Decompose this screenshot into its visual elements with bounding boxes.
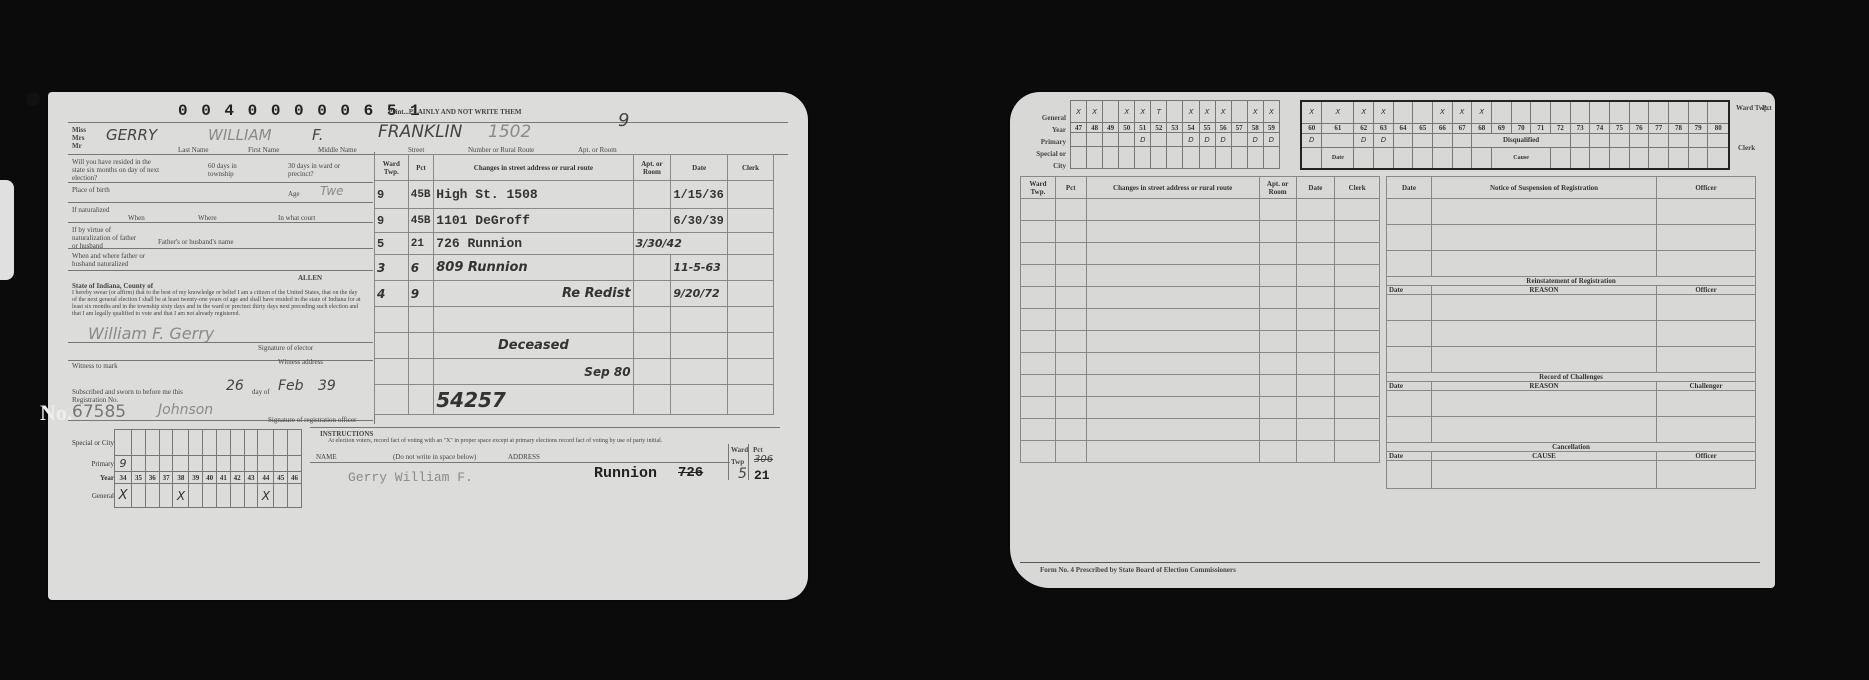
where-label: Where	[198, 214, 217, 222]
bottom-address-number: 726	[678, 465, 703, 481]
number-prefix: No.	[40, 400, 72, 426]
col-apt-header: Apt. or Room	[633, 155, 671, 181]
signature-elector-label: Signature of elector	[258, 344, 313, 352]
top-instruction: Print...PLAINLY AND NOT WRITE THEM	[388, 108, 521, 116]
adjacent-card-edge	[0, 180, 14, 280]
reinstatement-title: Reinstatement of Registration	[1387, 277, 1756, 286]
street-value: FRANKLIN	[378, 122, 462, 142]
registration-card-front: 0 0 4 0 0 0 0 0 6 5 1 Print...PLAINLY AN…	[48, 92, 808, 600]
punch-hole	[26, 92, 40, 106]
place-of-birth-label: Place of birth	[72, 186, 112, 194]
name-col-label: NAME	[316, 453, 337, 461]
apt-label: Apt. or Room	[578, 146, 617, 154]
bottom-address: Runnion	[594, 465, 657, 482]
ward-question: 30 days in ward or precinct?	[288, 162, 358, 178]
naturalized-label: If naturalized	[72, 206, 112, 214]
table-row: 54257	[375, 385, 774, 415]
month-value: Feb	[278, 378, 304, 394]
col-pct-header: Pct	[408, 155, 434, 181]
suspension-table: Date Notice of Suspension of Registratio…	[1386, 176, 1756, 489]
number-value: 1502	[488, 122, 531, 142]
number-label: Number or Rural Route	[468, 146, 534, 154]
elector-signature: William F. Gerry	[88, 324, 214, 343]
year-value: 39	[318, 378, 336, 394]
table-row: 5 21 726 Runnion 3/30/42	[375, 233, 774, 255]
witness-address-label: Witness address	[278, 358, 323, 366]
right-pct-label: Pct	[1762, 104, 1772, 112]
day-of-label: day of	[252, 388, 270, 396]
table-row: 9 45B 1101 DeGroff 6/30/39	[375, 209, 774, 233]
address-changes-table: Ward Twp. Pct Changes in street address …	[374, 154, 774, 415]
county-value: ALLEN	[298, 274, 322, 282]
subscribed-label: Subscribed and sworn to before me this	[72, 388, 183, 396]
state-heading: State of Indiana, County of	[72, 282, 153, 290]
bottom-ward: 5	[738, 466, 747, 482]
row-label-primary: Primary	[72, 456, 115, 472]
witness-label: Witness to mark	[72, 362, 118, 370]
day-value: 26	[226, 378, 244, 394]
col-address-header: Changes in street address or rural route	[434, 155, 633, 181]
bottom-pct: 21	[754, 468, 770, 483]
officer-signature: Johnson	[158, 402, 213, 418]
address-col-label: ADDRESS	[508, 453, 540, 461]
father-when-label: When and where father or husband natural…	[72, 252, 162, 268]
col-clerk-header: Clerk	[727, 155, 773, 181]
vote-record-grid: Special or City Primary 9 Year 343536373…	[72, 429, 302, 508]
table-row: 9 45B High St. 1508 1/15/36	[375, 181, 774, 209]
township-question: 60 days in township	[208, 162, 258, 178]
vote-grid-part-b: XXXXXXX 60616263646566676869707172737475…	[1300, 100, 1730, 170]
back-address-changes-table: Ward Twp. Pct Changes in street address …	[1020, 176, 1380, 463]
vote-row-labels: General Year Primary Special or City	[1022, 112, 1066, 172]
table-row: Deceased	[375, 333, 774, 359]
right-clerk-label: Clerk	[1738, 144, 1755, 152]
twp-label: Twp	[731, 458, 744, 466]
row-label-general: General	[72, 484, 115, 508]
bottom-pct-struck: 306	[754, 454, 773, 465]
when-label: When	[128, 214, 145, 222]
court-label: In what court	[278, 214, 315, 222]
table-row: 4 9 Re Redist 9/20/72	[375, 281, 774, 307]
margin-mark: 9	[618, 110, 629, 131]
middle-name-value: F.	[312, 126, 323, 144]
age-label: Age	[288, 190, 300, 198]
last-name-label: Last Name	[178, 146, 209, 154]
first-name-value: WILLIAM	[208, 126, 272, 144]
first-name-label: First Name	[248, 146, 279, 154]
middle-name-label: Middle Name	[318, 146, 357, 154]
col-date-header: Date	[671, 155, 728, 181]
age-value: Twe	[320, 184, 344, 198]
instructions-text: At election voters, record fact of votin…	[328, 438, 688, 445]
name-prefixes: Miss Mrs Mr	[72, 126, 86, 150]
serial-number: 0 0 4 0 0 0 0 0 6 5 1	[178, 102, 422, 120]
pct-label: Pct	[753, 446, 763, 454]
col-ward-header: Ward Twp.	[375, 155, 409, 181]
registration-number: 67585	[72, 402, 126, 422]
disqualified-stamp: Disqualified	[1472, 133, 1570, 147]
row-label-year: Year	[72, 472, 115, 484]
ward-label: Ward	[731, 446, 748, 454]
table-row: 3 6 809 Runnion 11-5-63	[375, 255, 774, 281]
residence-question: Will you have resided in the state six m…	[72, 158, 162, 182]
oath-text: I hereby swear (or affirm) that to the b…	[72, 290, 362, 318]
instructions-title: INSTRUCTIONS	[320, 430, 373, 438]
registration-card-back: General Year Primary Special or City XXX…	[1010, 92, 1775, 588]
father-virtue-label: If by virtue of naturalization of father…	[72, 226, 142, 250]
table-row: Sep 80	[375, 359, 774, 385]
signature-officer-label: Signature of registration officer	[268, 416, 356, 424]
vote-grid-part-a: XXXXTXXXXX 47484950515253545556575859 DD…	[1070, 100, 1280, 169]
do-not-write-label: (Do not write in space below)	[393, 453, 476, 461]
bottom-name: Gerry William F.	[348, 470, 473, 485]
last-name-value: GERRY	[106, 126, 157, 144]
cancellation-title: Cancellation	[1387, 443, 1756, 452]
father-name-label: Father's or husband's name	[158, 238, 233, 246]
form-footer: Form No. 4 Prescribed by State Board of …	[1040, 566, 1236, 574]
challenges-title: Record of Challenges	[1387, 373, 1756, 382]
street-label: Street	[408, 146, 424, 154]
row-label-special: Special or City	[72, 430, 115, 456]
